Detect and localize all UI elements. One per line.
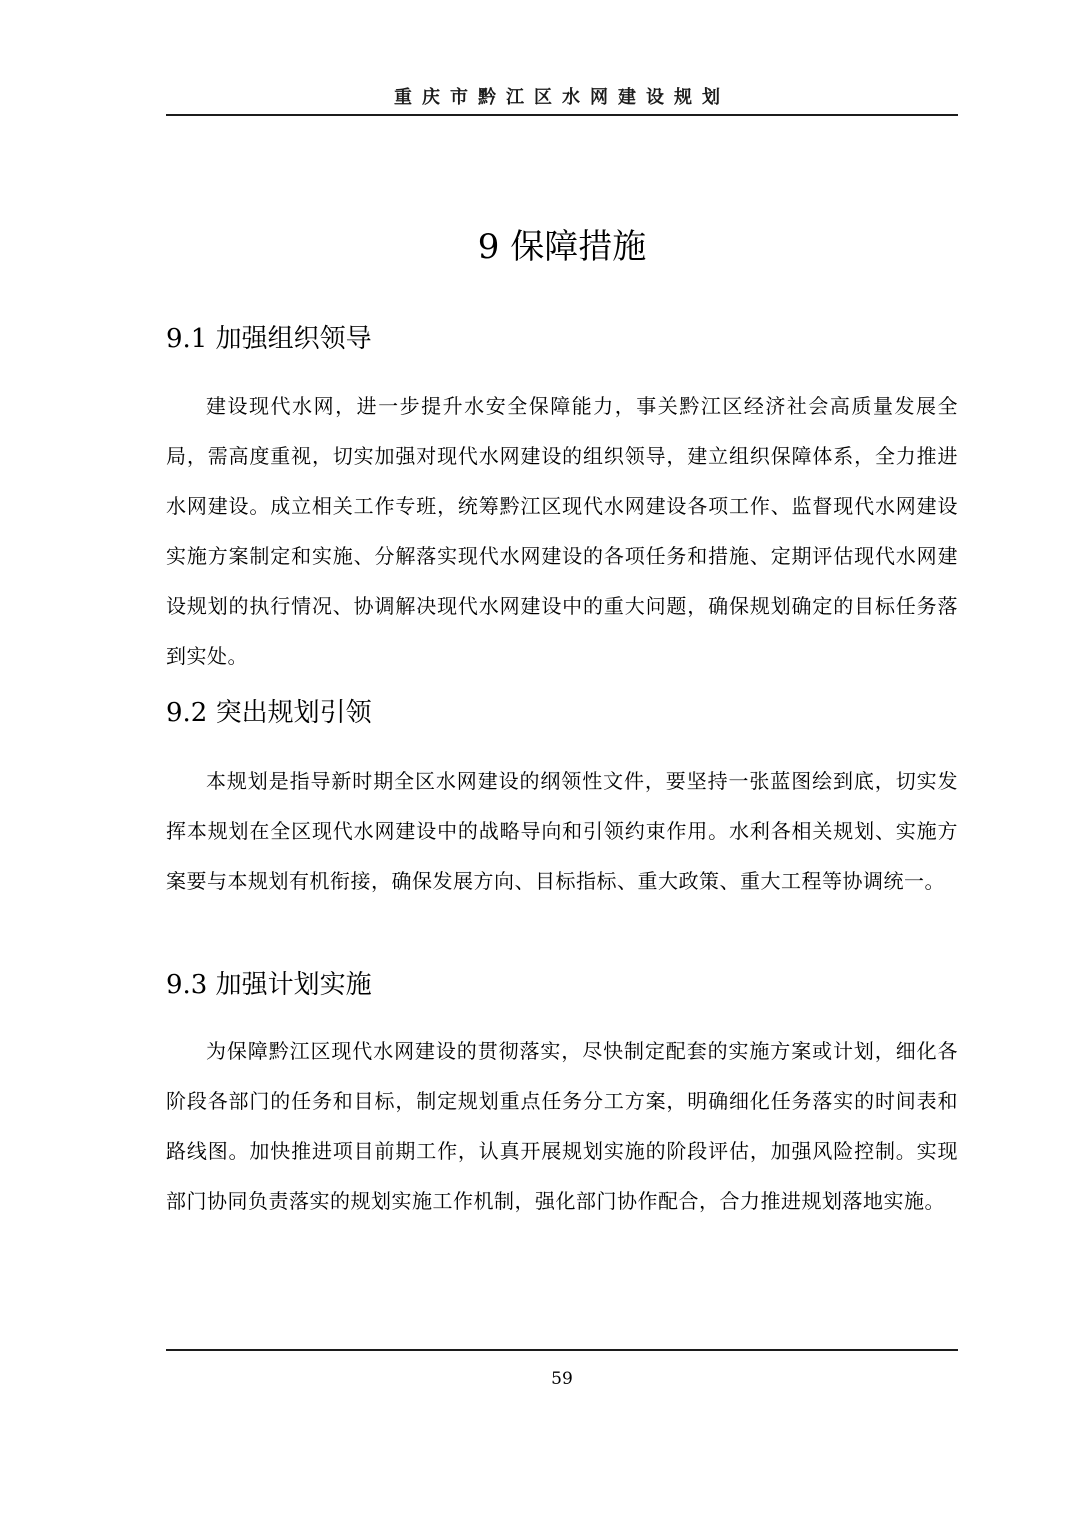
document-page: 重庆市黔江区水网建设规划 9 保障措施 9.1 加强组织领导 建设现代水网，进一… (0, 0, 1074, 1520)
section-9-1-heading: 9.1 加强组织领导 (166, 322, 958, 356)
page-header: 重庆市黔江区水网建设规划 (166, 86, 958, 110)
chapter-title: 9 保障措施 (166, 226, 958, 268)
header-rule (166, 114, 958, 116)
section-9-1-body: 建设现代水网，进一步提升水安全保障能力，事关黔江区经济社会高质量发展全局，需高度… (166, 381, 958, 681)
running-header-text: 重庆市黔江区水网建设规划 (394, 86, 730, 110)
section-9-3-heading: 9.3 加强计划实施 (166, 968, 958, 1002)
section-9-2-body: 本规划是指导新时期全区水网建设的纲领性文件，要坚持一张蓝图绘到底，切实发挥本规划… (166, 756, 958, 906)
footer-rule (166, 1349, 958, 1351)
section-9-2-heading: 9.2 突出规划引领 (166, 696, 958, 730)
section-9-3-body: 为保障黔江区现代水网建设的贯彻落实，尽快制定配套的实施方案或计划，细化各阶段各部… (166, 1026, 958, 1226)
page-number: 59 (166, 1366, 958, 1392)
